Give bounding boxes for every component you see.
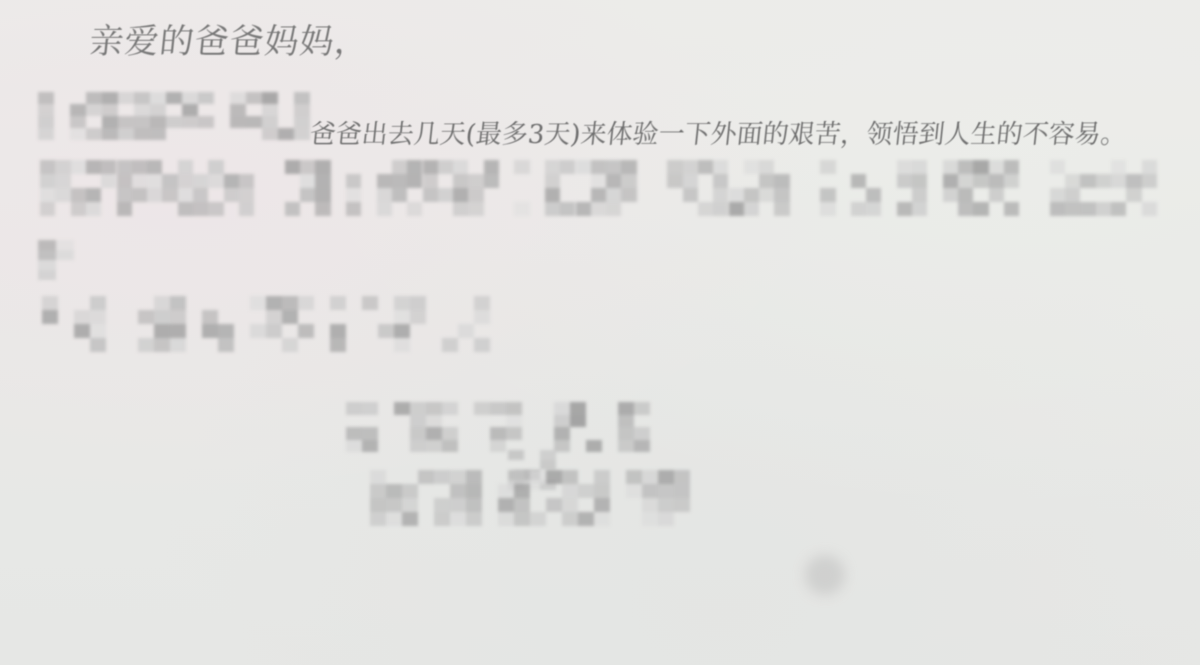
mosaic-cell <box>300 188 315 202</box>
mosaic-cell <box>150 92 166 104</box>
mosaic-cell <box>591 174 606 188</box>
mosaic-cell <box>346 402 362 415</box>
mosaic-cell <box>370 498 386 512</box>
mosaic-cell <box>606 202 621 216</box>
mosaic-cell <box>554 427 570 440</box>
mosaic-cell <box>86 104 102 116</box>
mosaic-cell <box>147 188 162 202</box>
mosaic-cell <box>315 174 330 188</box>
mosaic-cell <box>246 116 262 128</box>
mosaic-cell <box>250 324 266 338</box>
mosaic-cell <box>298 324 314 338</box>
mosaic-cell <box>134 128 150 140</box>
mosaic-cell <box>658 484 674 498</box>
mosaic-cell <box>618 415 634 428</box>
mosaic-cell <box>1080 202 1095 216</box>
mosaic-cell <box>474 338 490 352</box>
mosaic-cell <box>958 160 973 174</box>
mosaic-cell <box>315 160 330 174</box>
mosaic-cell <box>514 512 530 526</box>
mosaic-cell <box>426 440 442 453</box>
mosaic-cell <box>193 174 208 188</box>
mosaic-cell <box>576 202 591 216</box>
mosaic-cell <box>1096 174 1111 188</box>
mosaic-cell <box>202 324 218 338</box>
mosaic-cell <box>377 188 392 202</box>
mosaic-cell <box>683 160 698 174</box>
mosaic-cell <box>154 310 170 324</box>
mosaic-cell <box>362 440 378 453</box>
mosaic-cell <box>466 484 482 498</box>
mosaic-cell <box>410 402 426 415</box>
mosaic-cell <box>468 202 483 216</box>
mosaic-cell <box>70 128 86 140</box>
mosaic-cell <box>218 338 234 352</box>
mosaic-cell <box>117 188 132 202</box>
mosaic-cell <box>38 250 56 260</box>
mosaic-cell <box>713 188 728 202</box>
mosaic-cell <box>514 484 530 498</box>
mosaic-cell <box>490 427 506 440</box>
mosaic-cell <box>729 202 744 216</box>
mosaic-cell <box>466 470 482 484</box>
mosaic-cell <box>346 202 361 216</box>
mosaic-cell <box>897 160 912 174</box>
mosaic-cell <box>594 470 610 484</box>
mosaic-cell <box>38 240 56 250</box>
mosaic-cell <box>744 188 759 202</box>
mosaic-cell <box>170 310 186 324</box>
mosaic-cell <box>298 296 314 310</box>
mosaic-cell <box>759 160 774 174</box>
mosaic-cell <box>570 402 586 415</box>
mosaic-cell <box>266 310 282 324</box>
mosaic-cell <box>147 174 162 188</box>
mosaic-cell <box>540 450 556 460</box>
mosaic-cell <box>42 310 58 324</box>
mosaic-cell <box>506 415 522 428</box>
mosaic-cell <box>218 324 234 338</box>
mosaic-cell <box>170 296 186 310</box>
mosaic-cell <box>402 498 418 512</box>
mosaic-cell <box>498 512 514 526</box>
mosaic-cell <box>407 202 422 216</box>
mosaic-cell <box>101 174 116 188</box>
mosaic-cell <box>170 338 186 352</box>
mosaic-cell <box>545 160 560 174</box>
mosaic-cell <box>458 324 474 338</box>
mosaic-cell <box>38 116 54 128</box>
mosaic-cell <box>744 160 759 174</box>
mosaic-cell <box>208 160 223 174</box>
mosaic-cell <box>897 202 912 216</box>
mosaic-cell <box>162 188 177 202</box>
mosaic-cell <box>866 188 881 202</box>
mosaic-cell <box>626 470 642 484</box>
mosaic-cell <box>1050 188 1065 202</box>
mosaic-cell <box>820 188 835 202</box>
mosaic-cell <box>434 498 450 512</box>
mosaic-cell <box>294 128 310 140</box>
mosaic-cell <box>138 338 154 352</box>
mosaic-cell <box>658 470 674 484</box>
mosaic-cell <box>989 174 1004 188</box>
mosaic-cell <box>90 338 106 352</box>
mosaic-cell <box>594 484 610 498</box>
mosaic-cell <box>392 160 407 174</box>
mosaic-cell <box>1065 174 1080 188</box>
mosaic-cell <box>178 202 193 216</box>
mosaic-cell <box>698 202 713 216</box>
mosaic-cell <box>166 92 182 104</box>
mosaic-cell <box>958 174 973 188</box>
mosaic-cell <box>634 427 650 440</box>
mosaic-cell <box>278 128 294 140</box>
mosaic-cell <box>545 174 560 188</box>
mosaic-cell <box>71 160 86 174</box>
mosaic-cell <box>658 498 674 512</box>
mosaic-cell <box>134 92 150 104</box>
mosaic-cell <box>674 470 690 484</box>
mosaic-cell <box>426 427 442 440</box>
mosaic-cell <box>912 174 927 188</box>
redacted-signature-1 <box>346 402 650 452</box>
mosaic-cell <box>362 296 378 310</box>
mosaic-cell <box>346 440 362 453</box>
mosaic-cell <box>74 310 90 324</box>
mosaic-cell <box>594 512 610 526</box>
mosaic-cell <box>423 174 438 188</box>
mosaic-cell <box>394 402 410 415</box>
mosaic-cell <box>198 92 214 104</box>
mosaic-cell <box>285 160 300 174</box>
mosaic-cell <box>208 174 223 188</box>
mosaic-cell <box>490 440 506 453</box>
mosaic-cell <box>973 174 988 188</box>
mosaic-cell <box>266 296 282 310</box>
mosaic-cell <box>239 202 254 216</box>
mosaic-cell <box>514 498 530 512</box>
mosaic-cell <box>102 92 118 104</box>
mosaic-cell <box>1111 174 1126 188</box>
mosaic-cell <box>576 160 591 174</box>
mosaic-cell <box>102 104 118 116</box>
mosaic-cell <box>744 202 759 216</box>
mosaic-cell <box>713 202 728 216</box>
mosaic-cell <box>410 310 426 324</box>
mosaic-cell <box>38 260 56 270</box>
mosaic-cell <box>394 338 410 352</box>
mosaic-cell <box>442 440 458 453</box>
mosaic-cell <box>117 202 132 216</box>
mosaic-cell <box>394 296 410 310</box>
mosaic-cell <box>759 174 774 188</box>
mosaic-cell <box>474 402 490 415</box>
mosaic-cell <box>658 512 674 526</box>
mosaic-cell <box>118 116 134 128</box>
mosaic-cell <box>591 202 606 216</box>
mosaic-cell <box>667 174 682 188</box>
mosaic-cell <box>40 202 55 216</box>
mosaic-cell <box>626 484 642 498</box>
mosaic-cell <box>154 338 170 352</box>
mosaic-cell <box>134 116 150 128</box>
mosaic-cell <box>1050 160 1065 174</box>
mosaic-cell <box>774 174 789 188</box>
mosaic-cell <box>423 188 438 202</box>
mosaic-cell <box>40 160 55 174</box>
mosaic-cell <box>484 174 499 188</box>
mosaic-cell <box>1142 160 1157 174</box>
mosaic-cell <box>182 104 198 116</box>
mosaic-cell <box>618 440 634 453</box>
mosaic-cell <box>634 402 650 415</box>
mosaic-cell <box>621 174 636 188</box>
mosaic-cell <box>1050 202 1065 216</box>
mosaic-cell <box>442 338 458 352</box>
mosaic-cell <box>943 160 958 174</box>
mosaic-cell <box>713 174 728 188</box>
mosaic-cell <box>586 440 602 453</box>
mosaic-cell <box>973 160 988 174</box>
mosaic-cell <box>634 440 650 453</box>
mosaic-cell <box>394 310 410 324</box>
mosaic-cell <box>102 116 118 128</box>
mosaic-cell <box>621 160 636 174</box>
mosaic-cell <box>362 427 378 440</box>
mosaic-cell <box>138 310 154 324</box>
mosaic-cell <box>546 498 562 512</box>
mosaic-cell <box>683 188 698 202</box>
mosaic-cell <box>468 188 483 202</box>
mosaic-cell <box>484 160 499 174</box>
mosaic-cell <box>466 498 482 512</box>
mosaic-cell <box>230 92 246 104</box>
mosaic-cell <box>362 402 378 415</box>
mosaic-cell <box>55 174 70 188</box>
mosaic-cell <box>545 188 560 202</box>
mosaic-cell <box>38 128 54 140</box>
mosaic-cell <box>667 160 682 174</box>
mosaic-cell <box>407 174 422 188</box>
mosaic-cell <box>450 512 466 526</box>
mosaic-cell <box>86 128 102 140</box>
mosaic-cell <box>958 202 973 216</box>
mosaic-cell <box>450 498 466 512</box>
mosaic-cell <box>294 92 310 104</box>
mosaic-cell <box>282 338 298 352</box>
mosaic-cell <box>562 512 578 526</box>
mosaic-cell <box>759 188 774 202</box>
mosaic-cell <box>591 160 606 174</box>
mosaic-cell <box>386 512 402 526</box>
mosaic-cell <box>774 202 789 216</box>
mosaic-cell <box>56 250 74 260</box>
mosaic-cell <box>178 174 193 188</box>
mosaic-cell <box>239 188 254 202</box>
mosaic-cell <box>642 498 658 512</box>
mosaic-cell <box>392 188 407 202</box>
mosaic-cell <box>402 484 418 498</box>
mosaic-cell <box>262 128 278 140</box>
mosaic-cell <box>729 188 744 202</box>
mosaic-cell <box>1004 202 1019 216</box>
mosaic-cell <box>315 202 330 216</box>
mosaic-cell <box>154 296 170 310</box>
mosaic-cell <box>40 188 55 202</box>
mosaic-cell <box>912 160 927 174</box>
mosaic-cell <box>86 202 101 216</box>
mosaic-cell <box>178 160 193 174</box>
mosaic-cell <box>618 402 634 415</box>
mosaic-cell <box>150 128 166 140</box>
mosaic-cell <box>370 484 386 498</box>
mosaic-cell <box>540 460 556 470</box>
mosaic-cell <box>182 116 198 128</box>
mosaic-cell <box>514 202 529 216</box>
mosaic-cell <box>330 338 346 352</box>
mosaic-cell <box>102 128 118 140</box>
mosaic-cell <box>410 296 426 310</box>
paper-smudge <box>805 555 845 595</box>
mosaic-cell <box>466 512 482 526</box>
mosaic-cell <box>642 484 658 498</box>
mosaic-cell <box>674 484 690 498</box>
mosaic-cell <box>426 415 442 428</box>
mosaic-cell <box>346 188 361 202</box>
mosaic-cell <box>330 324 346 338</box>
mosaic-cell <box>410 440 426 453</box>
mosaic-cell <box>378 324 394 338</box>
mosaic-cell <box>202 310 218 324</box>
mosaic-cell <box>370 470 386 484</box>
mosaic-cell <box>410 427 426 440</box>
mosaic-cell <box>224 174 239 188</box>
redacted-text-line3 <box>38 240 74 280</box>
mosaic-cell <box>897 174 912 188</box>
mosaic-cell <box>606 174 621 188</box>
mosaic-cell <box>56 240 74 250</box>
mosaic-cell <box>162 174 177 188</box>
mosaic-cell <box>170 324 186 338</box>
mosaic-cell <box>442 402 458 415</box>
mosaic-cell <box>147 160 162 174</box>
mosaic-cell <box>193 188 208 202</box>
mosaic-cell <box>474 296 490 310</box>
mosaic-cell <box>606 160 621 174</box>
mosaic-cell <box>1004 174 1019 188</box>
mosaic-cell <box>442 427 458 440</box>
mosaic-cell <box>562 470 578 484</box>
mosaic-cell <box>562 484 578 498</box>
mosaic-cell <box>330 296 346 310</box>
mosaic-cell <box>132 160 147 174</box>
mosaic-cell <box>346 174 361 188</box>
mosaic-cell <box>438 160 453 174</box>
mosaic-cell <box>208 202 223 216</box>
mosaic-cell <box>246 92 262 104</box>
mosaic-cell <box>410 415 426 428</box>
mosaic-cell <box>434 470 450 484</box>
mosaic-cell <box>392 174 407 188</box>
mosaic-cell <box>554 402 570 415</box>
mosaic-cell <box>182 92 198 104</box>
mosaic-cell <box>150 116 166 128</box>
mosaic-cell <box>912 202 927 216</box>
redacted-text-line1-start <box>38 92 310 140</box>
mosaic-cell <box>674 498 690 512</box>
mosaic-cell <box>1126 174 1141 188</box>
mosaic-cell <box>434 512 450 526</box>
mosaic-cell <box>851 174 866 188</box>
mosaic-cell <box>262 116 278 128</box>
mosaic-cell <box>1065 188 1080 202</box>
mosaic-cell <box>150 104 166 116</box>
mosaic-cell <box>562 498 578 512</box>
mosaic-cell <box>1065 202 1080 216</box>
mosaic-cell <box>262 92 278 104</box>
mosaic-cell <box>1111 202 1126 216</box>
mosaic-cell <box>285 202 300 216</box>
mosaic-cell <box>943 174 958 188</box>
mosaic-cell <box>453 188 468 202</box>
mosaic-cell <box>958 188 973 202</box>
mosaic-cell <box>642 512 658 526</box>
mosaic-cell <box>578 484 594 498</box>
mosaic-cell <box>698 160 713 174</box>
mosaic-cell <box>943 188 958 202</box>
mosaic-cell <box>230 116 246 128</box>
mosaic-cell <box>570 415 586 428</box>
mosaic-cell <box>394 324 410 338</box>
mosaic-cell <box>450 484 466 498</box>
mosaic-cell <box>506 427 522 440</box>
mosaic-cell <box>506 402 522 415</box>
mosaic-cell <box>618 427 634 440</box>
mosaic-cell <box>851 202 866 216</box>
mosaic-cell <box>198 116 214 128</box>
mosaic-cell <box>912 188 927 202</box>
mosaic-cell <box>866 202 881 216</box>
mosaic-cell <box>453 174 468 188</box>
mosaic-cell <box>591 188 606 202</box>
mosaic-cell <box>71 188 86 202</box>
letter-greeting: 亲爱的爸爸妈妈， <box>87 14 372 63</box>
mosaic-cell <box>118 128 134 140</box>
mosaic-cell <box>973 202 988 216</box>
mosaic-cell <box>514 470 530 484</box>
mosaic-cell <box>178 188 193 202</box>
mosaic-cell <box>239 174 254 188</box>
mosaic-cell <box>166 116 182 128</box>
mosaic-cell <box>546 470 562 484</box>
mosaic-cell <box>498 484 514 498</box>
mosaic-cell <box>423 160 438 174</box>
mosaic-cell <box>117 174 132 188</box>
mosaic-cell <box>346 427 362 440</box>
mosaic-cell <box>262 104 278 116</box>
mosaic-cell <box>38 92 54 104</box>
mosaic-cell <box>490 402 506 415</box>
mosaic-cell <box>70 116 86 128</box>
mosaic-cell <box>250 296 266 310</box>
mosaic-cell <box>989 160 1004 174</box>
mosaic-cell <box>193 202 208 216</box>
mosaic-cell <box>560 160 575 174</box>
mosaic-cell <box>40 174 55 188</box>
redacted-text-line2 <box>40 160 1172 216</box>
mosaic-cell <box>42 296 58 310</box>
